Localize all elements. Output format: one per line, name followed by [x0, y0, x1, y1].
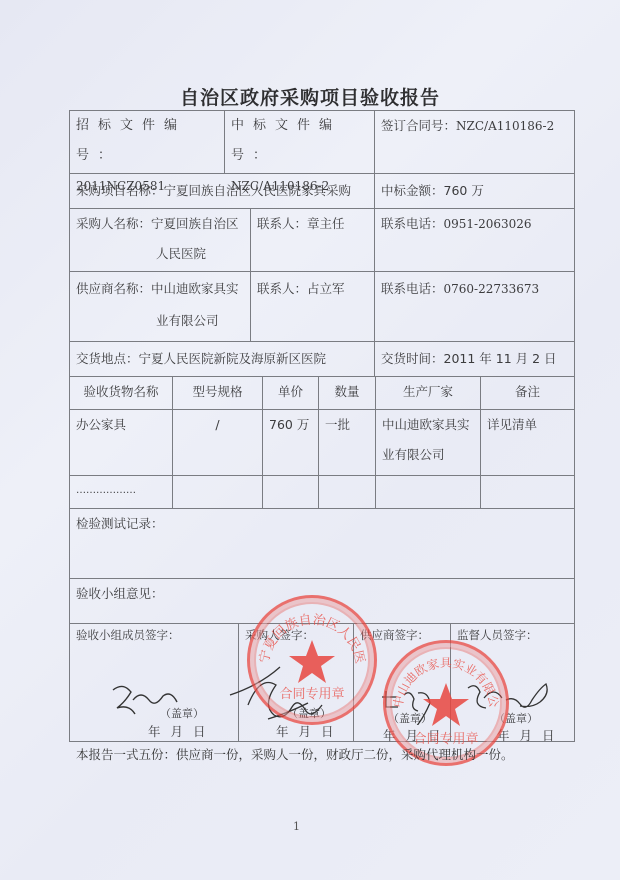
award-amount-cell: 中标金额：760 万 [374, 173, 575, 209]
goods-row-1-name: 办公家具 [69, 409, 173, 476]
supplier-date: 年月日 [383, 726, 451, 744]
test-record-cell: 检验测试记录： [69, 508, 575, 579]
supplier-contact-cell: 联系人：占立军 [250, 271, 375, 342]
purchaser-contact-cell: 联系人：章主任 [250, 208, 375, 272]
supplier-phone-value: 0760-22733673 [444, 282, 540, 296]
goods-row-1-spec: / [172, 409, 263, 476]
purchaser-phone-value: 0951-2063026 [444, 217, 532, 231]
goods-row-1-manufacturer-line2: 业有限公司 [382, 440, 474, 470]
supervisor-date: 年月日 [497, 726, 565, 744]
purchaser-name-label: 采购人名称： [76, 216, 151, 231]
purchaser-contact-label: 联系人： [257, 216, 307, 231]
goods-row-1-qty: 一批 [318, 409, 376, 476]
goods-row-1-manufacturer: 中山迪欧家具实 业有限公司 [375, 409, 481, 476]
purchaser-name-cell: 采购人名称：宁夏回族自治区 人民医院 [69, 208, 251, 272]
purchaser-phone-cell: 联系电话：0951-2063026 [374, 208, 575, 272]
supplier-stamp-note: （盖章） [388, 710, 432, 726]
goods-header-manufacturer: 生产厂家 [375, 376, 481, 410]
goods-row-2-price [262, 475, 319, 509]
goods-row-2-spec [172, 475, 263, 509]
delivery-place-value: 宁夏人民医院新院及海原新区医院 [139, 351, 327, 366]
contract-value: NZC/A110186-2 [456, 119, 554, 133]
delivery-place-label: 交货地点： [76, 351, 139, 366]
purchaser-sign-label: 采购人签字： [245, 628, 314, 642]
goods-row-2-qty [318, 475, 376, 509]
supervisor-sign-label: 监督人员签字： [457, 628, 538, 642]
supplier-name-value-2: 业有限公司 [76, 306, 244, 336]
goods-row-2-remark [480, 475, 575, 509]
purchaser-stamp-note: （盖章） [287, 705, 331, 721]
goods-header-name: 验收货物名称 [69, 376, 173, 410]
goods-row-1-remark: 详见清单 [480, 409, 575, 476]
project-name-value: 宁夏回族自治区人民医院家具采购 [164, 183, 352, 198]
project-name-label: 采购项目名称： [76, 183, 164, 198]
group-member-sign-label: 验收小组成员签字： [76, 628, 180, 642]
purchaser-contact-value: 章主任 [307, 216, 345, 231]
award-amount-label: 中标金额： [381, 183, 444, 198]
supplier-sign-label: 供应商签字： [360, 628, 429, 642]
purchaser-name-value-1: 宁夏回族自治区 [151, 216, 239, 231]
page-number: 1 [293, 820, 300, 833]
goods-header-qty: 数量 [318, 376, 376, 410]
goods-row-2-name: ……………… [69, 475, 173, 509]
group-date: 年月日 [148, 722, 216, 740]
copies-note: 本报告一式五份：供应商一份，采购人一份，财政厅二份，采购代理机构一份。 [76, 745, 514, 763]
supervisor-stamp-note: （盖章） [494, 710, 538, 726]
purchaser-name-value-2: 人民医院 [76, 239, 244, 269]
supplier-contact-value: 占立军 [307, 281, 345, 296]
award-doc-label: 中标文件编号： [231, 111, 368, 171]
supplier-contact-label: 联系人： [257, 281, 307, 296]
contract-cell: 签订合同号：NZC/A110186-2 [374, 110, 575, 174]
goods-row-1-manufacturer-line1: 中山迪欧家具实 [382, 410, 474, 440]
tender-doc-label: 招标文件编号： [76, 111, 218, 171]
tender-doc-cell: 招标文件编号： 2011NCZ0581 [69, 110, 225, 174]
supplier-name-label: 供应商名称： [76, 281, 151, 296]
purchaser-date: 年月日 [276, 722, 344, 740]
test-record-label: 检验测试记录： [76, 516, 164, 531]
group-stamp-note: （盖章） [160, 705, 204, 721]
supplier-name-value-1: 中山迪欧家具实 [151, 281, 239, 296]
contract-label: 签订合同号： [381, 118, 456, 133]
supplier-name-cell: 供应商名称：中山迪欧家具实 业有限公司 [69, 271, 251, 342]
delivery-time-label: 交货时间： [381, 351, 444, 366]
award-doc-cell: 中标文件编号： NZC/A110186-2 [224, 110, 375, 174]
delivery-time-cell: 交货时间：2011 年 11 月 2 日 [374, 341, 575, 377]
goods-row-1-price: 760 万 [262, 409, 319, 476]
delivery-place-cell: 交货地点：宁夏人民医院新院及海原新区医院 [69, 341, 375, 377]
goods-header-price: 单价 [262, 376, 319, 410]
purchaser-phone-label: 联系电话： [381, 216, 444, 231]
group-opinion-cell: 验收小组意见： [69, 578, 575, 624]
project-name-cell: 采购项目名称：宁夏回族自治区人民医院家具采购 [69, 173, 375, 209]
group-opinion-label: 验收小组意见： [76, 586, 164, 601]
goods-header-remark: 备注 [480, 376, 575, 410]
goods-row-2-manufacturer [375, 475, 481, 509]
delivery-time-value: 2011 年 11 月 2 日 [444, 351, 557, 366]
supplier-phone-cell: 联系电话：0760-22733673 [374, 271, 575, 342]
award-amount-value: 760 万 [444, 183, 484, 198]
supplier-phone-label: 联系电话： [381, 281, 444, 296]
goods-header-spec: 型号规格 [172, 376, 263, 410]
document-title: 自治区政府采购项目验收报告 [0, 83, 620, 110]
